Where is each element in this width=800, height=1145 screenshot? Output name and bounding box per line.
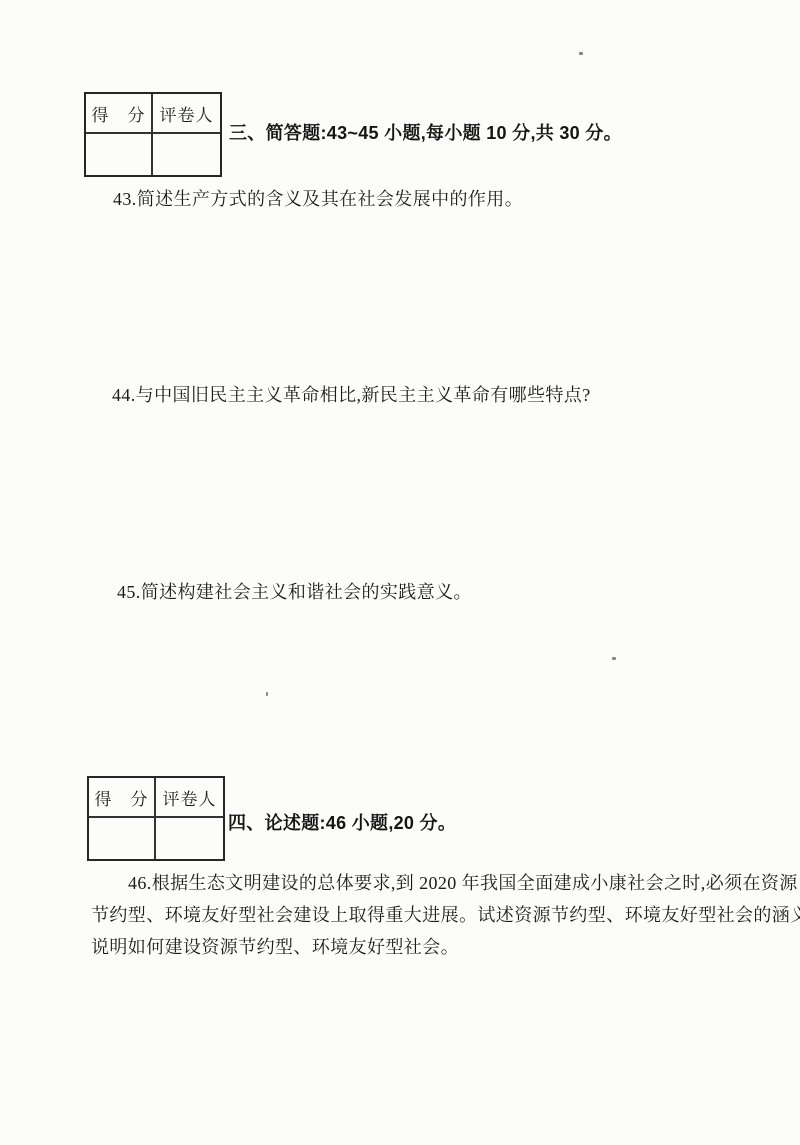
- grader-label-cell: 评卷人: [156, 778, 223, 818]
- score-table-section-three: 得 分 评卷人: [84, 92, 222, 177]
- scanned-exam-page: 得 分 评卷人 三、简答题:43~45 小题,每小题 10 分,共 30 分。 …: [0, 0, 800, 1145]
- score-label-cell: 得 分: [89, 778, 156, 818]
- question-43: 43.简述生产方式的含义及其在社会发展中的作用。: [113, 185, 523, 211]
- question-46-line-2: 节约型、环境友好型社会建设上取得重大进展。试述资源节约型、环境友好型社会的涵义,…: [91, 903, 800, 935]
- section-three-heading: 三、简答题:43~45 小题,每小题 10 分,共 30 分。: [229, 119, 622, 145]
- scan-speck: [579, 52, 583, 55]
- question-46-line-3: 说明如何建设资源节约型、环境友好型社会。: [91, 935, 800, 967]
- scan-speck: [266, 692, 268, 696]
- scan-speck: [612, 657, 616, 660]
- grader-label-cell: 评卷人: [153, 94, 220, 134]
- grader-blank-cell: [156, 818, 223, 859]
- question-46: 46.根据生态文明建设的总体要求,到 2020 年我国全面建成小康社会之时,必须…: [91, 871, 800, 967]
- section-four-heading: 四、论述题:46 小题,20 分。: [228, 809, 456, 835]
- score-blank-cell: [89, 818, 156, 859]
- grader-blank-cell: [153, 134, 220, 175]
- question-45: 45.简述构建社会主义和谐社会的实践意义。: [117, 578, 472, 604]
- score-blank-cell: [86, 134, 153, 175]
- score-label-cell: 得 分: [86, 94, 153, 134]
- question-46-line-1: 46.根据生态文明建设的总体要求,到 2020 年我国全面建成小康社会之时,必须…: [91, 871, 800, 903]
- score-table-section-four: 得 分 评卷人: [87, 776, 225, 861]
- question-44: 44.与中国旧民主主义革命相比,新民主主义革命有哪些特点?: [112, 381, 591, 407]
